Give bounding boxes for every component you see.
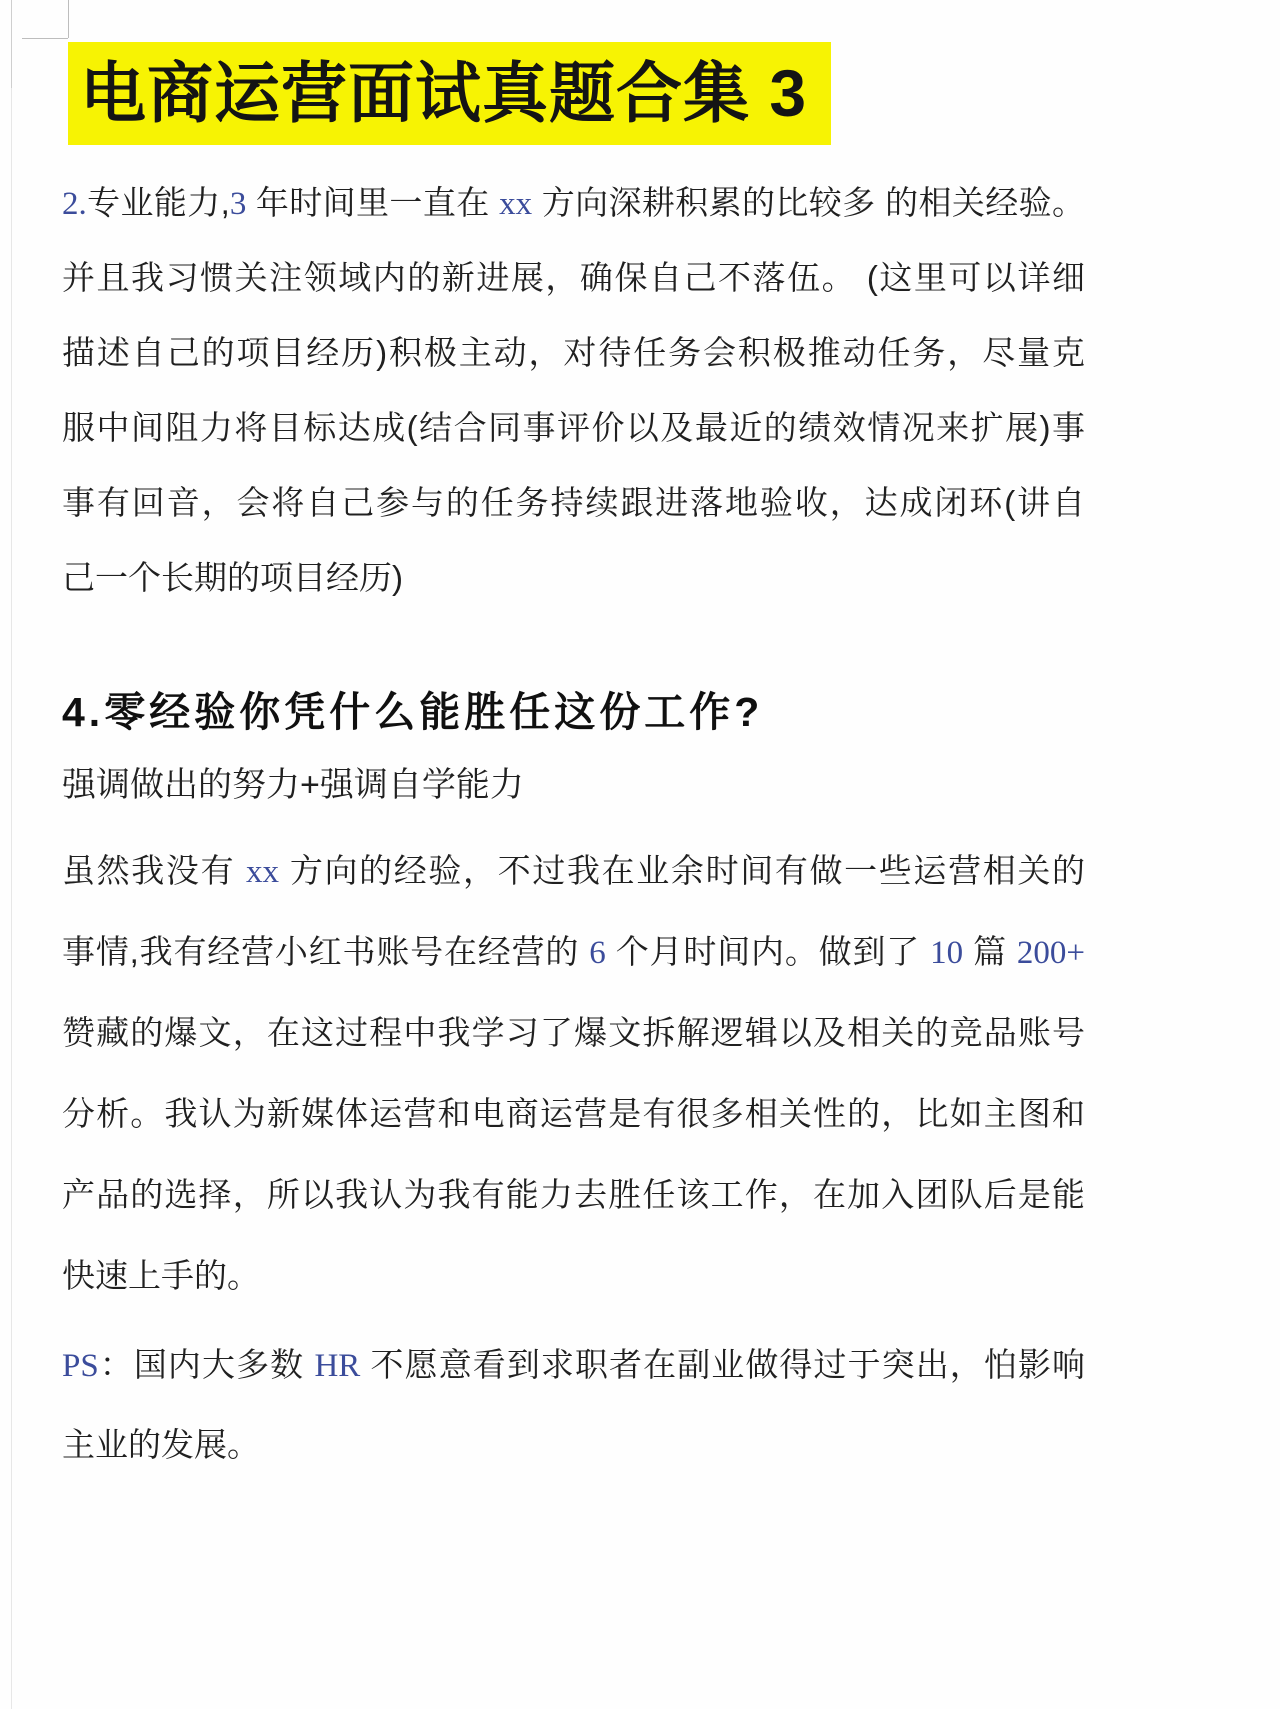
document-line: 描述自己的项目经历)积极主动，对待任务会积极推动任务，尽量克: [62, 315, 1085, 390]
document-line: 快速上手的。: [62, 1235, 1085, 1316]
cjk-text-segment: ：国内大多数: [99, 1346, 315, 1383]
document-line: 己一个长期的项目经历): [62, 540, 1085, 615]
document-line: 产品的选择，所以我认为我有能力去胜任该工作，在加入团队后是能: [62, 1154, 1085, 1235]
cjk-text-segment: 个月时间内。做到了: [606, 933, 930, 970]
document-line: 事情,我有经营小红书账号在经营的 6 个月时间内。做到了 10 篇 200+: [62, 911, 1085, 992]
latin-text-segment: PS: [62, 1348, 99, 1384]
cjk-text-segment: 方向深耕积累的比较多 的相关经验。: [532, 184, 1085, 221]
document-line: 事有回音，会将自己参与的任务持续跟进落地验收，达成闭环(讲自: [62, 465, 1085, 540]
margin-crop-mark-vertical: [68, 0, 69, 38]
document-page: 电商运营面试真题合集 3 2.专业能力,3 年时间里一直在 xx 方向深耕积累的…: [0, 0, 1280, 1709]
cjk-text-segment: 分析。我认为新媒体运营和电商运营是有很多相关性的，比如主图和: [62, 1095, 1085, 1132]
cjk-text-segment: 零经验你凭什么能胜任这份工作?: [104, 689, 763, 735]
cjk-text-segment: 方向的经验，不过我在业余时间有做一些运营相关的: [279, 852, 1085, 889]
document-line: 并且我习惯关注领域内的新进展，确保自己不落伍。 (这里可以详细: [62, 240, 1085, 315]
document-line: 虽然我没有 xx 方向的经验，不过我在业余时间有做一些运营相关的: [62, 830, 1085, 911]
page-title: 电商运营面试真题合集 3: [68, 42, 831, 145]
latin-text-segment: 10: [930, 935, 963, 971]
cjk-text-segment: 赞藏的爆文，在这过程中我学习了爆文拆解逻辑以及相关的竞品账号: [62, 1014, 1085, 1051]
latin-text-segment: 3: [230, 186, 247, 222]
cjk-text-segment: 服中间阻力将目标达成(结合同事评价以及最近的绩效情况来扩展)事: [62, 409, 1085, 446]
paragraph-zero-experience-answer: 虽然我没有 xx 方向的经验，不过我在业余时间有做一些运营相关的 事情,我有经营…: [62, 830, 1085, 1316]
document-line: 赞藏的爆文，在这过程中我学习了爆文拆解逻辑以及相关的竞品账号: [62, 992, 1085, 1073]
latin-text-segment: 200+: [1017, 935, 1085, 971]
document-line: 2.专业能力,3 年时间里一直在 xx 方向深耕积累的比较多 的相关经验。: [62, 165, 1085, 240]
document-line: PS：国内大多数 HR 不愿意看到求职者在副业做得过于突出，怕影响: [62, 1325, 1085, 1405]
cjk-text-segment: 描述自己的项目经历)积极主动，对待任务会积极推动任务，尽量克: [62, 334, 1085, 371]
cjk-text-segment: 主业的发展。: [62, 1426, 260, 1463]
document-line: 服中间阻力将目标达成(结合同事评价以及最近的绩效情况来扩展)事: [62, 390, 1085, 465]
cjk-text-segment: 产品的选择，所以我认为我有能力去胜任该工作，在加入团队后是能: [62, 1176, 1085, 1213]
latin-text-segment: xx: [246, 854, 279, 890]
document-line: 主业的发展。: [62, 1405, 1085, 1485]
answer-strategy-line: 强调做出的努力+强调自学能力: [62, 745, 1085, 825]
cjk-text-segment: 己一个长期的项目经历): [62, 559, 403, 596]
paragraph-professional-ability: 2.专业能力,3 年时间里一直在 xx 方向深耕积累的比较多 的相关经验。 并且…: [62, 165, 1085, 615]
latin-text-segment: 2.: [62, 186, 87, 222]
latin-text-segment: xx: [499, 186, 532, 222]
cjk-text-segment: 快速上手的。: [62, 1257, 260, 1294]
latin-text-segment: 4.: [62, 689, 104, 735]
cjk-text-segment: 虽然我没有: [62, 852, 246, 889]
cjk-text-segment: 篇: [963, 933, 1017, 970]
page-edge-line: [11, 0, 12, 1709]
cjk-text-segment: 并且我习惯关注领域内的新进展，确保自己不落伍。 (这里可以详细: [62, 259, 1085, 296]
question-heading: 4.零经验你凭什么能胜任这份工作?: [62, 673, 1085, 751]
cjk-text-segment: 年时间里一直在: [246, 184, 499, 221]
latin-text-segment: 6: [589, 935, 606, 971]
cjk-text-segment: 不愿意看到求职者在副业做得过于突出，怕影响: [360, 1346, 1085, 1383]
margin-crop-mark-horizontal: [22, 38, 68, 39]
document-line: 分析。我认为新媒体运营和电商运营是有很多相关性的，比如主图和: [62, 1073, 1085, 1154]
cjk-text-segment: 专业能力,: [87, 184, 230, 221]
cjk-text-segment: 事有回音，会将自己参与的任务持续跟进落地验收，达成闭环(讲自: [62, 484, 1085, 521]
paragraph-ps-note: PS：国内大多数 HR 不愿意看到求职者在副业做得过于突出，怕影响 主业的发展。: [62, 1325, 1085, 1485]
latin-text-segment: HR: [314, 1348, 360, 1384]
cjk-text-segment: 强调做出的努力+强调自学能力: [62, 766, 524, 804]
page-edge-line-top: [11, 0, 12, 88]
cjk-text-segment: 事情,我有经营小红书账号在经营的: [62, 933, 589, 970]
